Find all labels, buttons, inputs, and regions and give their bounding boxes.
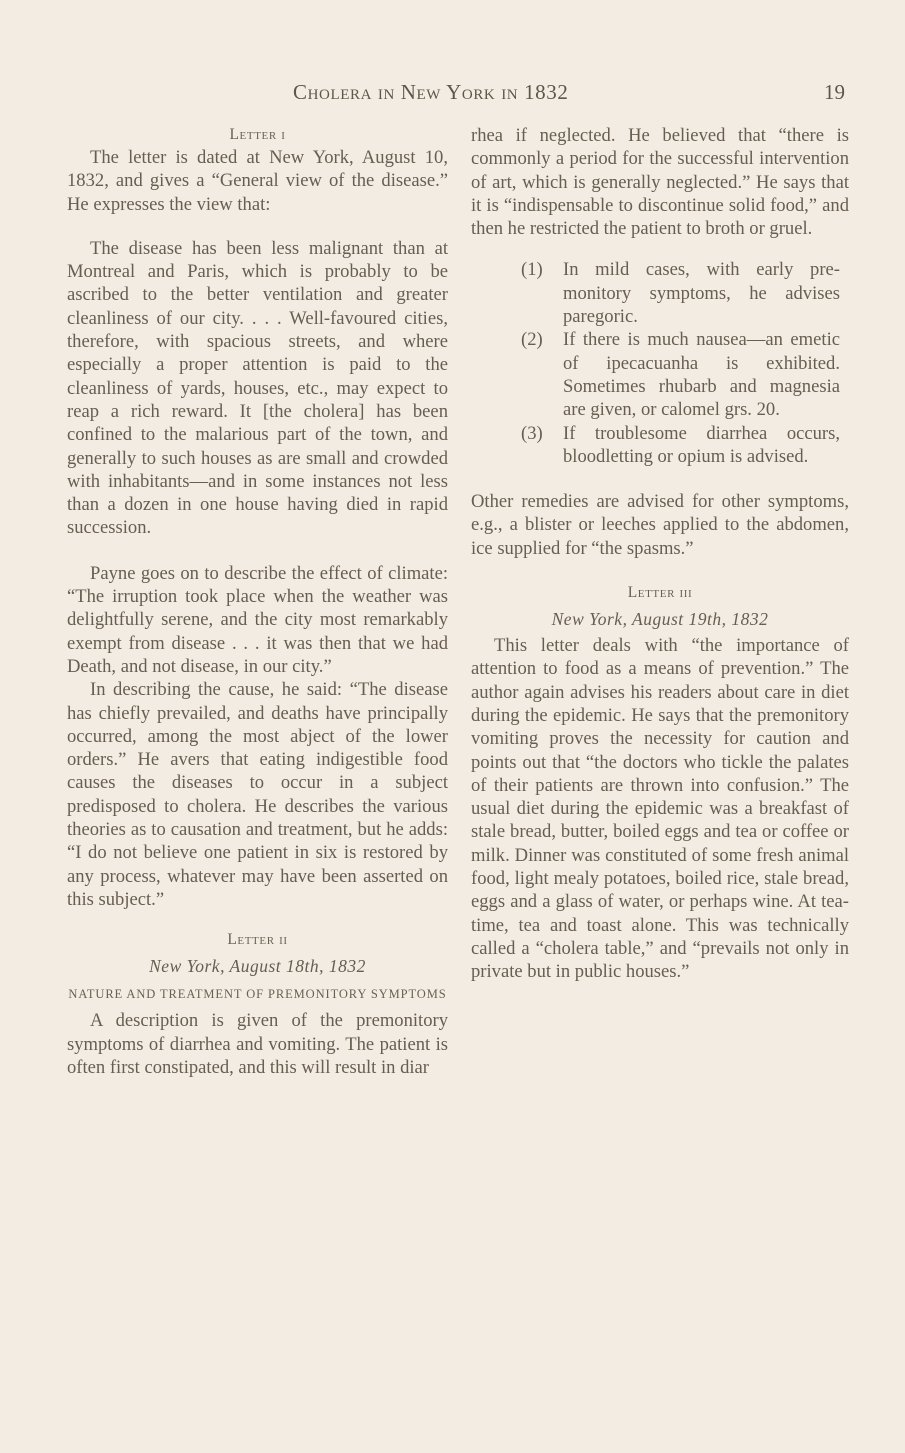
letter-2-heading: Letter ii bbox=[67, 929, 448, 951]
list-number: (3) bbox=[521, 422, 543, 445]
treatment-list: (1) In mild cases, with early pre­monito… bbox=[471, 258, 849, 468]
treatment-list-item: (3) If troublesome diarrhea oc­curs, blo… bbox=[471, 422, 849, 469]
letter-1-heading: Letter i bbox=[67, 124, 448, 146]
letter-2-description-paragraph: A description is given of the pre­monito… bbox=[67, 1009, 448, 1079]
list-item-text: If troublesome diarrhea oc­curs, bloodle… bbox=[563, 423, 840, 467]
running-head-title: Cholera in New York in 1832 bbox=[293, 80, 568, 105]
page-number: 19 bbox=[824, 80, 845, 105]
list-number: (1) bbox=[521, 258, 543, 281]
letter-1-cause-paragraph: In describing the cause, he said: “The d… bbox=[67, 678, 448, 911]
letter-3-heading: Letter iii bbox=[471, 582, 849, 604]
letter-1-climate-paragraph: Payne goes on to describe the effect of … bbox=[67, 562, 448, 678]
letter-3-diet-paragraph: This letter deals with “the impor­tance … bbox=[471, 634, 849, 983]
left-column: Letter i The letter is dated at New York… bbox=[67, 124, 448, 1079]
letter-1-intro-paragraph: The letter is dated at New York, August … bbox=[67, 146, 448, 216]
treatment-list-item: (1) In mild cases, with early pre­monito… bbox=[471, 258, 849, 328]
list-item-text: If there is much nausea—an emetic of ipe… bbox=[563, 329, 840, 420]
list-number: (2) bbox=[521, 328, 543, 351]
list-item-text: In mild cases, with early pre­monitory s… bbox=[563, 259, 840, 327]
treatment-list-item: (2) If there is much nausea—an emetic of… bbox=[471, 328, 849, 421]
letter-1-block-quote: The disease has been less malignant than… bbox=[67, 237, 448, 540]
letter-2-description-continued: rhea if neglected. He believed that “the… bbox=[471, 124, 849, 240]
letter-3-dateline: New York, August 19th, 1832 bbox=[471, 606, 849, 632]
right-column: rhea if neglected. He believed that “the… bbox=[471, 124, 849, 984]
letter-2-subheading: Nature and treatment of premonitory symp… bbox=[67, 983, 448, 1005]
letter-2-dateline: New York, August 18th, 1832 bbox=[67, 953, 448, 979]
letter-2-other-remedies-paragraph: Other remedies are advised for other sym… bbox=[471, 490, 849, 560]
